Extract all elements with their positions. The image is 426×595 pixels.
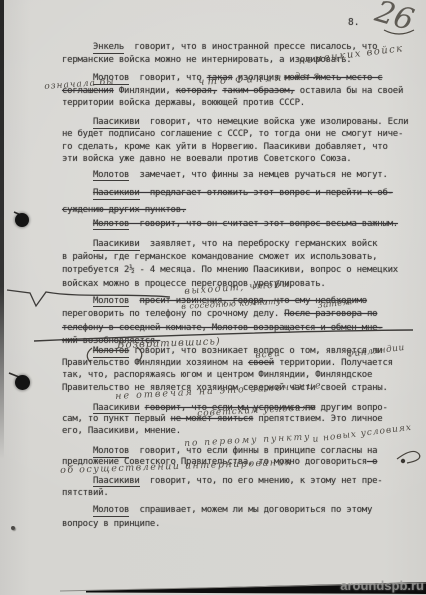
speaker-name: Молотов (93, 170, 129, 182)
text-segment: заявляет, что на переброску германских в… (140, 239, 378, 249)
speaker-name: Энкель (93, 42, 124, 54)
text-segment: его, Паасикиви, мнение. (62, 426, 181, 436)
typed-line: Паасикиви заявляет, что на переброску ге… (62, 238, 422, 251)
text-segment: телефону в соседней комнате, Молотов воз… (62, 323, 382, 333)
text-segment: территории. Получается (274, 358, 393, 368)
text-segment: Правительство Финляндии хозяином на (62, 358, 248, 368)
text-segment (62, 296, 93, 306)
speaker-name: Молотов (93, 219, 129, 231)
typed-line: потребуется 2½ - 4 месяца. По мнению Паа… (62, 264, 422, 277)
text-segment: предлагает отложить этот вопрос и перейт… (140, 188, 393, 198)
text-segment (62, 219, 93, 229)
typed-line: переговорить по телефону по срочному дел… (62, 308, 422, 322)
text-segment (62, 476, 93, 486)
typed-line: территории войска державы, воюющей проти… (62, 97, 422, 110)
typed-line: Молотов говорит, что если финны в принци… (62, 446, 422, 457)
text-segment: После разговора по (284, 309, 377, 319)
archive-page-number: 26 (371, 0, 417, 38)
text-segment: эти войска уже давно не воевали против С… (62, 154, 351, 164)
text-segment: препятствием. Это личное (253, 414, 382, 424)
ink-speck (11, 526, 15, 530)
typed-paragraph: Молотов спрашивает, можем ли мы договори… (62, 503, 422, 531)
text-segment: не будет подписано соглашение с СССР, то… (62, 129, 403, 139)
typed-line: телефону в соседней комнате, Молотов воз… (62, 322, 422, 336)
text-segment: пятствий. (62, 488, 109, 498)
text-segment (129, 296, 139, 306)
typed-paragraph: Паасикиви говорит, что немецкие войска у… (62, 116, 422, 166)
text-segment: Финляндии, (114, 86, 176, 96)
typed-line: Паасикиви говорит, что, по его мнению, к… (62, 476, 422, 488)
text-segment (62, 505, 93, 515)
speaker-name: Молотов (93, 446, 129, 458)
text-segment (62, 188, 93, 198)
speaker-name: Паасикиви (93, 403, 140, 415)
typed-line: не будет подписано соглашение с СССР, то… (62, 128, 422, 140)
speaker-name: Молотов (93, 296, 129, 308)
typed-line: так, что, распоряжаясь югом и центром Фи… (62, 369, 422, 381)
typed-line: Паасикиви говорит, что немецкие войска у… (62, 116, 422, 128)
text-segment: суждению других пунктов. (62, 205, 186, 215)
typed-paragraph: Молотов замечает, что финны за немцев ру… (62, 169, 422, 182)
text-segment (62, 170, 93, 180)
text-segment: в районы, где германское командование см… (62, 252, 377, 262)
typed-line: Молотов говорит, что он считает этот воп… (62, 218, 422, 231)
typed-line: го сделать, кроме как уйти в Норвегию. П… (62, 141, 422, 153)
left-scan-edge (0, 0, 4, 478)
speaker-name: Паасикиви (93, 239, 140, 251)
speaker-name: Паасикиви (93, 476, 140, 488)
text-segment: потребуется 2½ - 4 месяца. По мнению Паа… (62, 265, 398, 275)
text-segment (62, 117, 93, 127)
text-segment: го сделать, кроме как уйти в Норвегию. П… (62, 142, 388, 152)
speaker-name: Паасикиви (93, 188, 140, 200)
text-segment (62, 446, 93, 456)
text-segment: говорит, что немецкие войска уже изолиро… (140, 117, 409, 127)
text-segment: переговорить по телефону по срочному дел… (62, 309, 284, 319)
text-segment (62, 403, 93, 413)
typed-paragraph: Молотов говорит, что он считает этот воп… (62, 218, 422, 231)
scanned-document-page: 8. 26 Энкель говорит, что в иностранной … (0, 0, 426, 595)
page-number: 8. (348, 17, 359, 28)
text-segment: вопросу в принципе. (62, 519, 160, 529)
typed-line: Правительство Финляндии хозяином на свое… (62, 357, 422, 369)
speaker-name: Паасикиви (93, 117, 140, 129)
typed-paragraph: Паасикиви говорит, что, по его мнению, к… (62, 476, 422, 500)
typed-line: пятствий. (62, 488, 422, 500)
text-segment (62, 346, 93, 356)
typed-line: вопросу в принципе. (62, 517, 422, 531)
typed-line: в районы, где германское командование см… (62, 251, 422, 264)
typed-line: Молотов спрашивает, можем ли мы договори… (62, 503, 422, 517)
text-segment: говорит, что, по его мнению, к этому нет… (140, 476, 383, 486)
text-segment: говорит, что он считает этот вопрос весь… (129, 219, 398, 229)
speaker-name: Молотов (93, 505, 129, 517)
text-segment: говорит, что (129, 73, 207, 83)
text-segment (62, 42, 93, 52)
text-segment: говорит, что если финны в принципе согла… (129, 446, 377, 456)
punch-hole (15, 213, 29, 227)
typed-line: эти войска уже давно не воевали против С… (62, 153, 422, 165)
text-segment: спрашивает, можем ли мы договориться по … (129, 505, 372, 515)
text-segment: так, что, распоряжаясь югом и центром Фи… (62, 370, 372, 380)
typed-line: соглашения Финляндии, которая, таким обр… (62, 85, 422, 98)
punch-hole (15, 375, 30, 390)
text-segment: о (367, 457, 377, 467)
typed-paragraph: Паасикиви предлагает отложить этот вопро… (62, 185, 422, 218)
text-segment: другим вопро- (315, 403, 387, 413)
text-segment (62, 239, 93, 249)
text-segment: оставила бы на своей (295, 86, 404, 96)
text-segment: замечает, что финны за немцев ручаться н… (129, 170, 387, 180)
text-segment: сам, то пункт первый (62, 414, 171, 424)
text-segment: территории войска державы, воюющей проти… (62, 98, 305, 108)
typed-line: Паасикиви предлагает отложить этот вопро… (62, 185, 422, 202)
watermark: aroundspb.ru (340, 578, 424, 593)
typed-line: Молотов замечает, что финны за немцев ру… (62, 169, 422, 182)
text-segment: таким образом, (222, 86, 294, 96)
typed-line: суждению других пунктов. (62, 202, 422, 219)
